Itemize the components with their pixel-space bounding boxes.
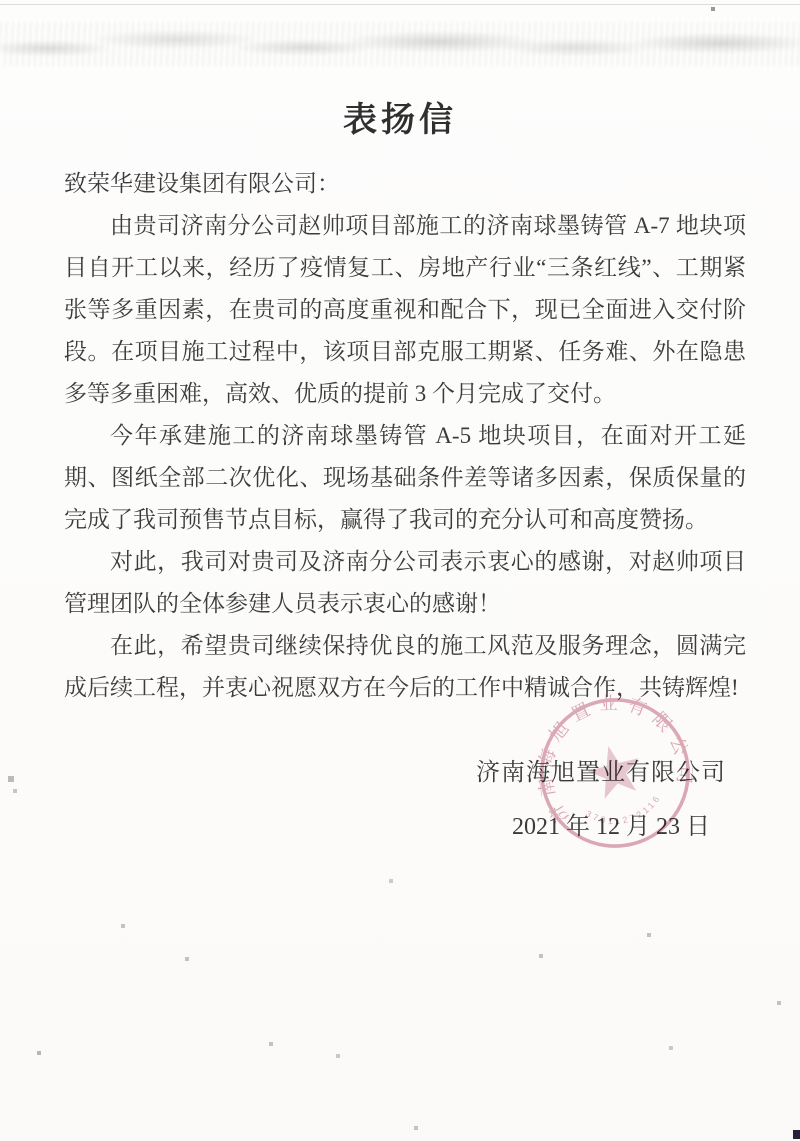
signature-company: 济南海旭置业有限公司 xyxy=(0,751,726,795)
letter-body: 致荣华建设集团有限公司： 由贵司济南分公司赵帅项目部施工的济南球墨铸管 A-7 … xyxy=(64,163,746,709)
paragraph: 在此，希望贵司继续保持优良的施工风范及服务理念，圆满完成后续工程，并衷心祝愿双方… xyxy=(64,625,746,709)
paragraph: 今年承建施工的济南球墨铸管 A-5 地块项目，在面对开工延期、图纸全部二次优化、… xyxy=(64,415,746,541)
signature-block: 济南海旭置业有限公司 2021 年 12 月 23 日 xyxy=(0,751,800,849)
scan-specks xyxy=(0,0,2,2)
scanned-letter-page: 表扬信 致荣华建设集团有限公司： 由贵司济南分公司赵帅项目部施工的济南球墨铸管 … xyxy=(0,0,800,1141)
letter-title: 表扬信 xyxy=(0,92,800,141)
scan-corner-artifact xyxy=(793,1130,800,1139)
scan-edge-line xyxy=(0,4,800,5)
salutation: 致荣华建设集团有限公司： xyxy=(64,163,746,205)
scan-noise-band xyxy=(0,22,800,66)
paragraph: 由贵司济南分公司赵帅项目部施工的济南球墨铸管 A-7 地块项目自开工以来，经历了… xyxy=(64,205,746,415)
signature-date: 2021 年 12 月 23 日 xyxy=(0,805,726,849)
paragraph: 对此，我司对贵司及济南分公司表示衷心的感谢，对赵帅项目管理团队的全体参建人员表示… xyxy=(64,541,746,625)
